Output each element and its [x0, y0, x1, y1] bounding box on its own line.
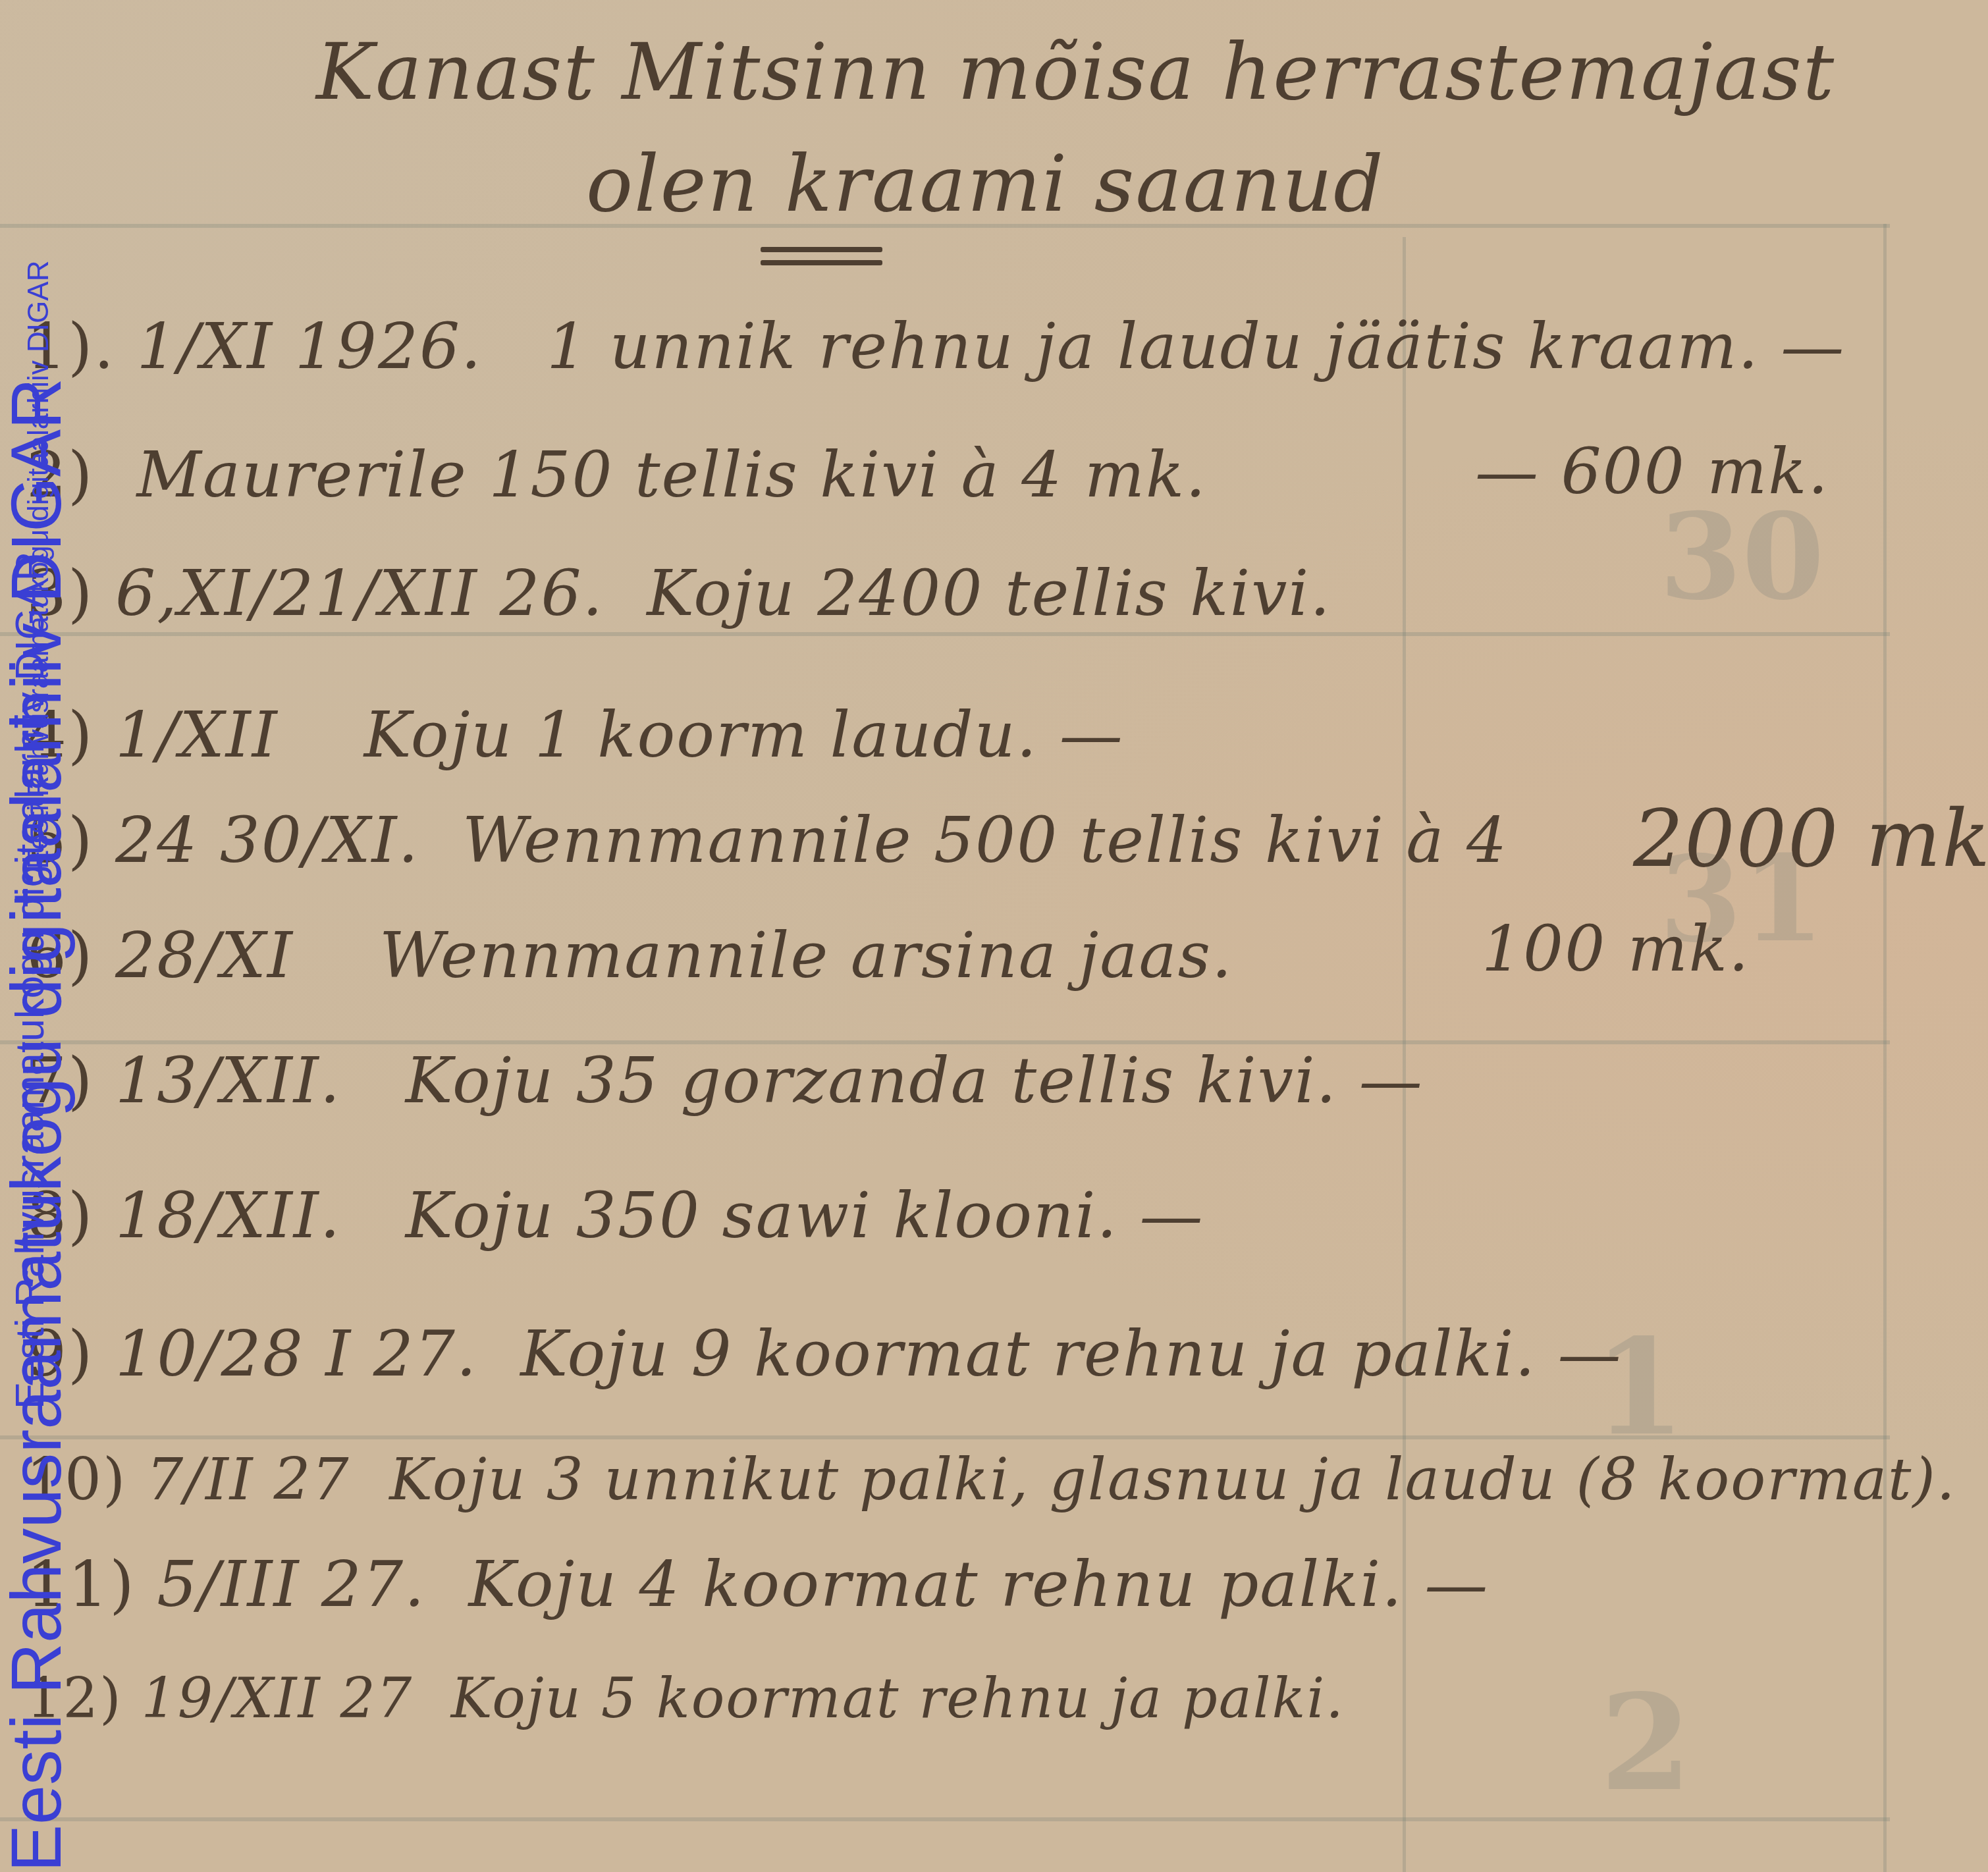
entry-date: 6,XI/21/XII 26.: [115, 556, 604, 630]
entry-text: Koju 4 koormat rehnu palki. —: [469, 1547, 1490, 1621]
entry-6-amount: 100 mk.: [1482, 912, 1750, 986]
entry-date: 24 30/XI.: [115, 803, 419, 877]
entry-text: Koju 35 gorzanda tellis kivi. —: [406, 1044, 1424, 1117]
entry-5-amount: 2000 mk.: [1633, 793, 1988, 885]
entry-4: 4) 1/XII Koju 1 koorm laudu. —: [26, 698, 1124, 772]
entry-2-amount: — 600 mk.: [1475, 435, 1829, 508]
entry-date: 1/XI 1926.: [137, 309, 483, 383]
entry-text: 1 unnik rehnu ja laudu jäätis kraam. —: [547, 309, 1845, 383]
bleed-print: 2: [1600, 1666, 1692, 1821]
entry-text: Koju 2400 tellis kivi.: [647, 556, 1331, 630]
entry-date: 28/XI: [115, 919, 294, 992]
document-title-line-1: Kanast Mitsinn mõisa herrastemajast: [316, 26, 1835, 117]
entry-text: Koju 3 unnikut palki, glasnuu ja laudu (…: [389, 1445, 1956, 1513]
entry-date: 5/III 27.: [157, 1547, 425, 1621]
entry-date: 7/II 27: [146, 1445, 350, 1513]
entry-5: 5) 24 30/XI. Wennmannile 500 tellis kivi…: [26, 803, 1508, 877]
title-double-underline: [761, 260, 882, 265]
entry-11: 11) 5/III 27. Koju 4 koormat rehnu palki…: [26, 1547, 1489, 1621]
entry-1: 1). 1/XI 1926. 1 unnik rehnu ja laudu jä…: [26, 309, 1845, 383]
entry-text: Koju 1 koorm laudu. —: [364, 698, 1124, 772]
entry-date: 13/XII.: [115, 1044, 341, 1117]
entry-date: 19/XII 27: [141, 1666, 413, 1730]
entry-10: 10) 7/II 27 Koju 3 unnikut palki, glasnu…: [26, 1445, 1956, 1513]
entry-text: Wennmannile arsina jaas.: [379, 919, 1233, 992]
watermark-large: Eesti Rahvusraamatukogu digitaalarhiiv D…: [0, 378, 77, 1872]
entry-9: 9) 10/28 I 27. Koju 9 koormat rehnu ja p…: [26, 1317, 1623, 1391]
entry-text: Koju 350 sawi klooni. —: [406, 1179, 1204, 1252]
entry-text: Koju 5 koormat rehnu ja palki.: [451, 1666, 1345, 1730]
entry-text: Wennmannile 500 tellis kivi à 4: [462, 803, 1508, 877]
entry-date: 18/XII.: [115, 1179, 341, 1252]
bleed-rule: [0, 632, 1890, 636]
entry-3: 3) 6,XI/21/XII 26. Koju 2400 tellis kivi…: [26, 556, 1331, 630]
entry-2: 2) Maurerile 150 tellis kivi à 4 mk.: [26, 438, 1207, 512]
entry-date: 10/28 I 27.: [115, 1317, 477, 1391]
entry-7: 7) 13/XII. Koju 35 gorzanda tellis kivi.…: [26, 1044, 1424, 1117]
bleed-rule: [1883, 224, 1887, 1872]
title-double-underline: [761, 247, 882, 252]
entry-8: 8) 18/XII. Koju 350 sawi klooni. —: [26, 1179, 1204, 1252]
entry-text: Maurerile 150 tellis kivi à 4 mk.: [137, 438, 1207, 512]
entry-6: 6) 28/XI Wennmannile arsina jaas.: [26, 919, 1233, 992]
entry-12: 12) 19/XII 27 Koju 5 koormat rehnu ja pa…: [26, 1666, 1345, 1730]
document-title-line-2: olen kraami saanud: [586, 138, 1385, 229]
entry-text: Koju 9 koormat rehnu ja palki. —: [520, 1317, 1622, 1391]
entry-date: 1/XII: [115, 698, 279, 772]
